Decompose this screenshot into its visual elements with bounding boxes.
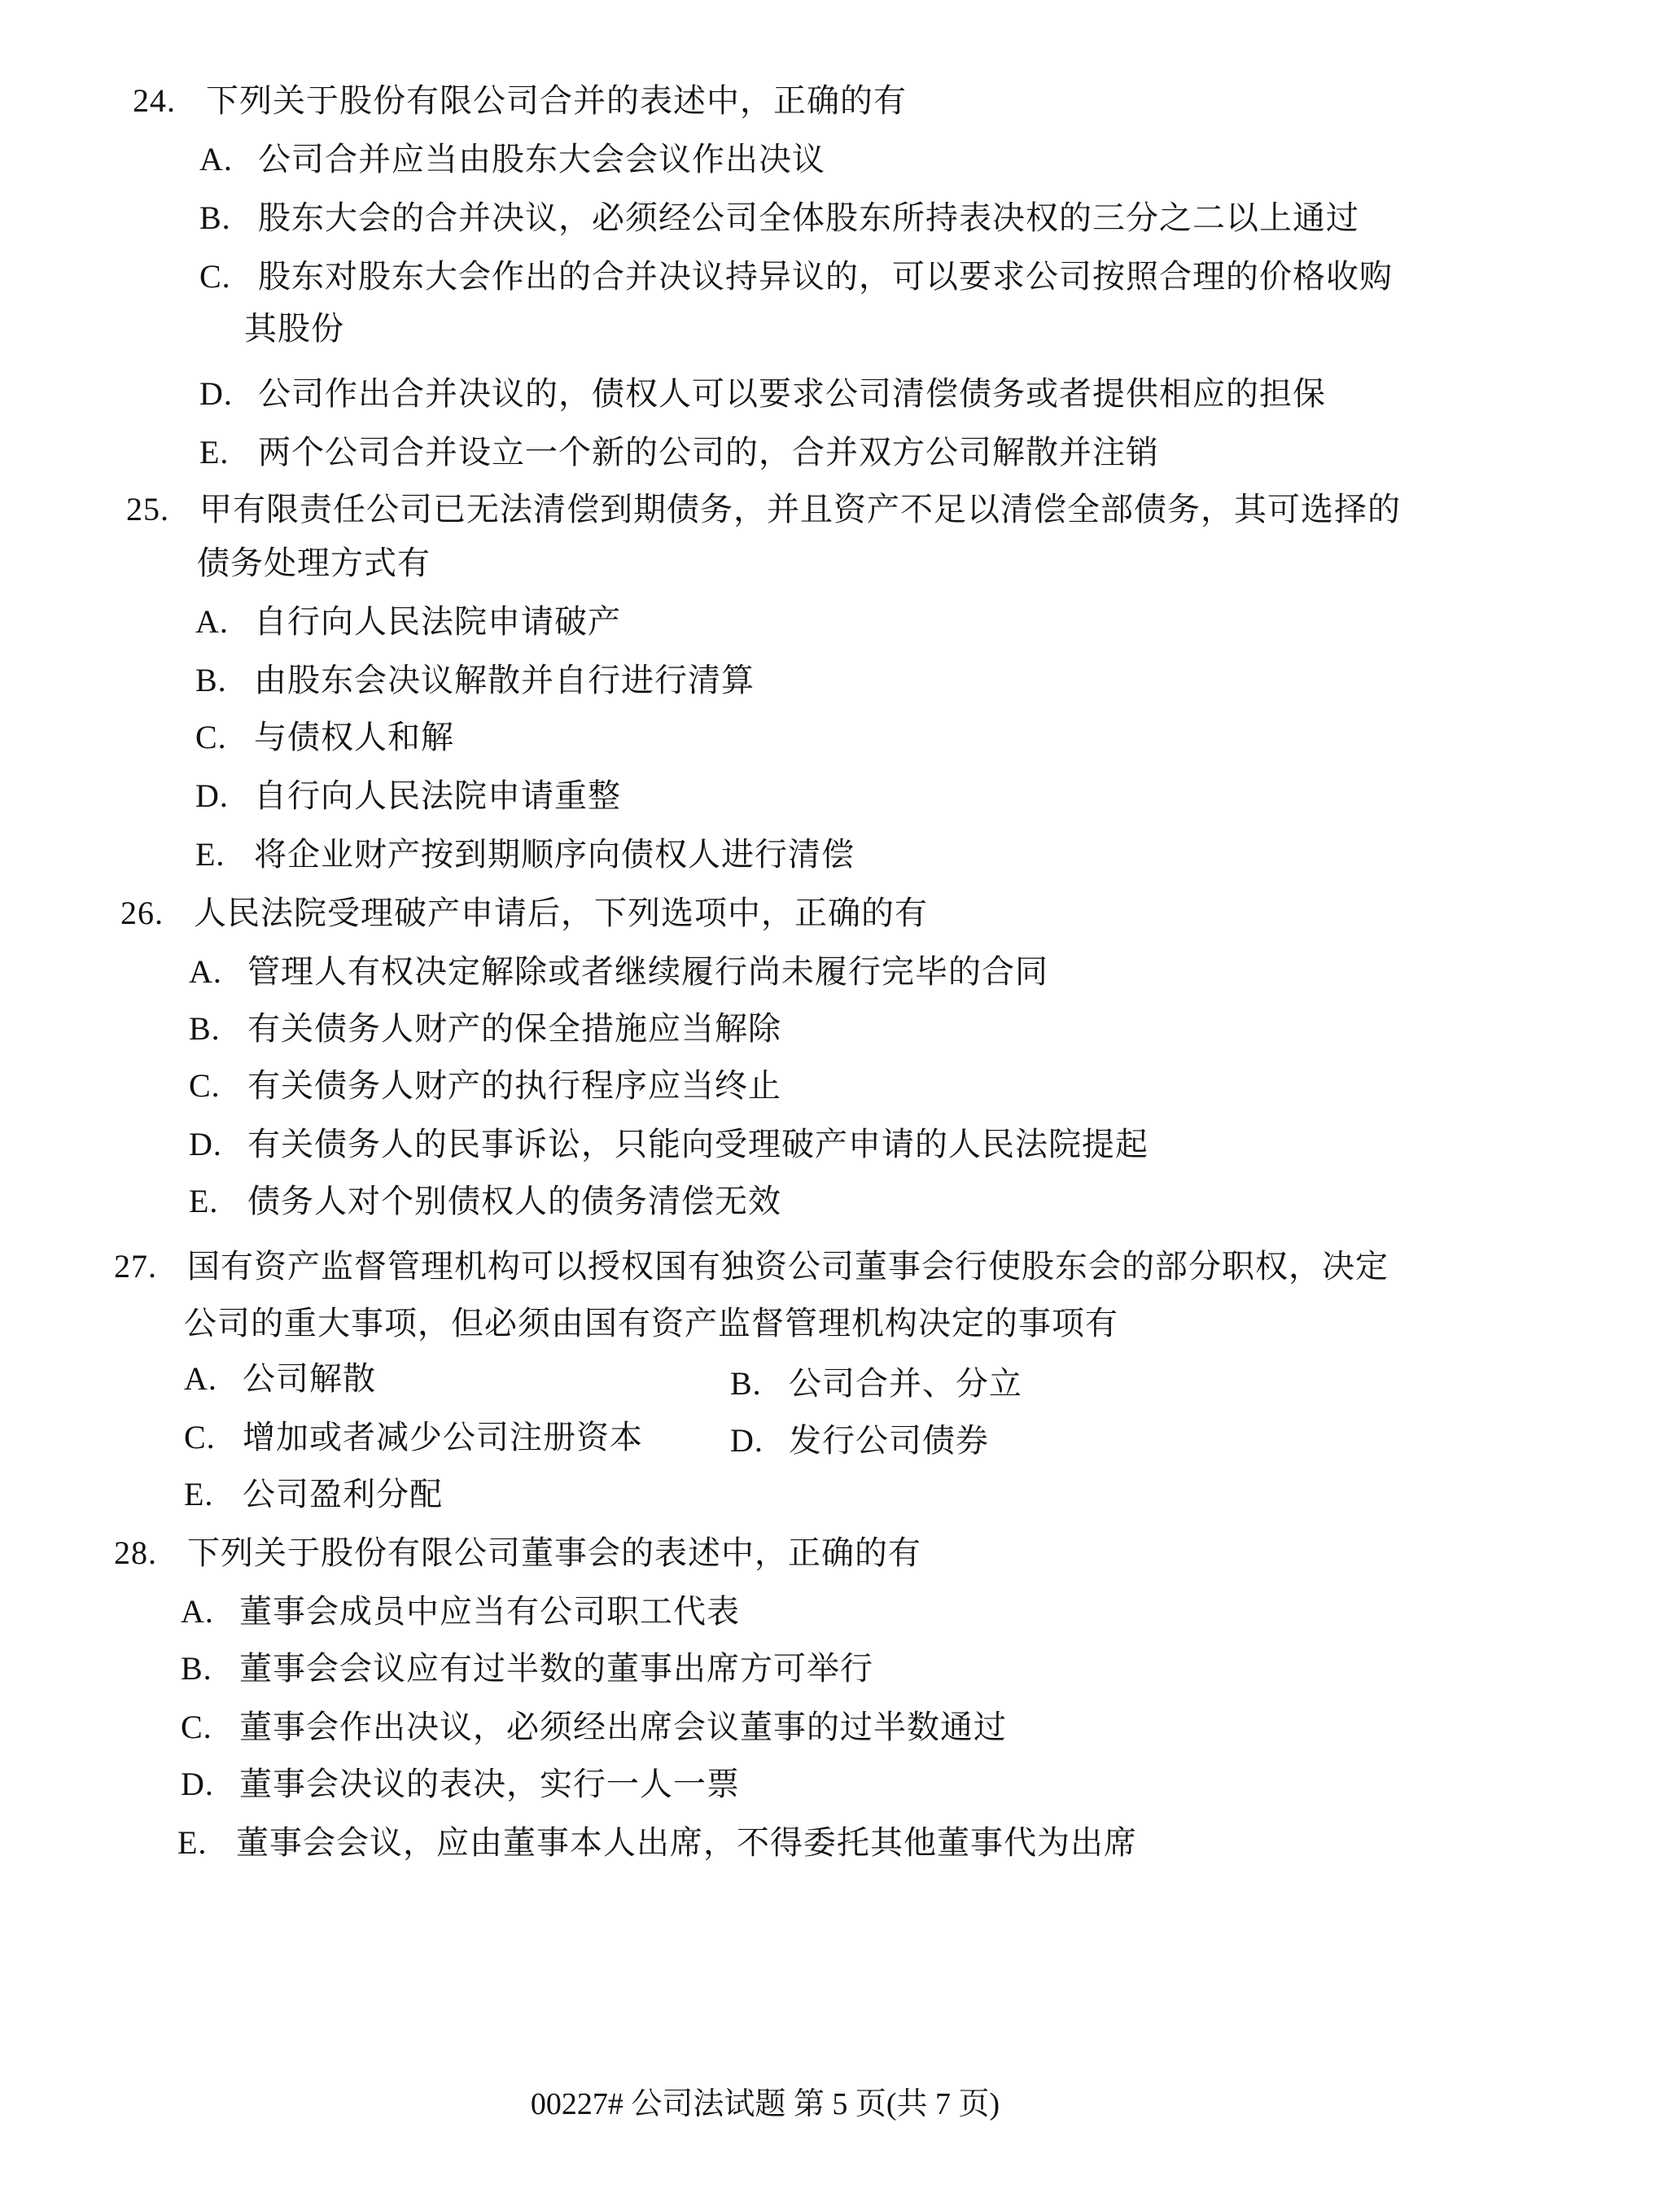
option-b: B.股东大会的合并决议，必须经公司全体股东所持表决权的三分之二以上通过 bbox=[199, 197, 1359, 239]
option-e: E.公司盈利分配 bbox=[184, 1473, 443, 1516]
option-b: B.公司合并、分立 bbox=[730, 1363, 1022, 1405]
option-c-continuation: 其股份 bbox=[244, 308, 344, 350]
question-stem: 27.国有资产监督管理机构可以授权国有独资公司董事会行使股东会的部分职权，决定 bbox=[114, 1245, 1389, 1288]
option-e: E.董事会会议，应由董事本人出席，不得委托其他董事代为出席 bbox=[177, 1822, 1137, 1864]
option-d: D.公司作出合并决议的，债权人可以要求公司清偿债务或者提供相应的担保 bbox=[199, 373, 1326, 415]
question-stem: 24.下列关于股份有限公司合并的表述中，正确的有 bbox=[133, 80, 907, 122]
question-number: 26. bbox=[120, 892, 194, 934]
question-number: 27. bbox=[114, 1245, 187, 1288]
question-stem: 28.下列关于股份有限公司董事会的表述中，正确的有 bbox=[114, 1532, 921, 1574]
question-stem-continuation: 债务处理方式有 bbox=[197, 542, 431, 584]
option-c: C.与债权人和解 bbox=[195, 716, 454, 759]
option-b: B.由股东会决议解散并自行进行清算 bbox=[195, 659, 755, 702]
page-footer: 00227# 公司法试题 第 5 页(共 7 页) bbox=[0, 2084, 1530, 2125]
option-a: A.公司解散 bbox=[184, 1358, 376, 1400]
option-c: C.有关债务人财产的执行程序应当终止 bbox=[189, 1065, 781, 1107]
question-number: 25. bbox=[126, 488, 199, 531]
option-c: C.股东对股东大会作出的合并决议持异议的，可以要求公司按照合理的价格收购 bbox=[199, 256, 1393, 298]
option-a: A.管理人有权决定解除或者继续履行尚未履行完毕的合同 bbox=[189, 951, 1048, 993]
option-b: B.董事会会议应有过半数的董事出席方可举行 bbox=[181, 1648, 873, 1690]
option-d: D.发行公司债券 bbox=[730, 1420, 989, 1462]
question-number: 28. bbox=[114, 1532, 187, 1574]
exam-page: 24.下列关于股份有限公司合并的表述中，正确的有 A.公司合并应当由股东大会会议… bbox=[0, 0, 1680, 2206]
option-a: A.董事会成员中应当有公司职工代表 bbox=[181, 1591, 740, 1633]
option-d: D.董事会决议的表决，实行一人一票 bbox=[181, 1763, 740, 1806]
option-e: E.将企业财产按到期顺序向债权人进行清偿 bbox=[195, 834, 855, 876]
question-stem: 26.人民法院受理破产申请后，下列选项中，正确的有 bbox=[120, 892, 928, 934]
option-b: B.有关债务人财产的保全措施应当解除 bbox=[189, 1008, 781, 1050]
question-number: 24. bbox=[133, 80, 206, 122]
option-a: A.公司合并应当由股东大会会议作出决议 bbox=[199, 138, 825, 181]
question-stem-continuation: 公司的重大事项，但必须由国有资产监督管理机构决定的事项有 bbox=[184, 1302, 1118, 1345]
option-a: A.自行向人民法院申请破产 bbox=[195, 601, 621, 643]
option-d: D.有关债务人的民事诉讼，只能向受理破产申请的人民法院提起 bbox=[189, 1123, 1148, 1166]
option-e: E.两个公司合并设立一个新的公司的，合并双方公司解散并注销 bbox=[199, 431, 1159, 474]
option-e: E.债务人对个别债权人的债务清偿无效 bbox=[189, 1180, 781, 1223]
option-d: D.自行向人民法院申请重整 bbox=[195, 775, 621, 817]
option-c: C.增加或者减少公司注册资本 bbox=[184, 1416, 643, 1459]
option-c: C.董事会作出决议，必须经出席会议董事的过半数通过 bbox=[181, 1706, 1007, 1749]
question-stem: 25.甲有限责任公司已无法清偿到期债务，并且资产不足以清偿全部债务，其可选择的 bbox=[126, 488, 1401, 531]
